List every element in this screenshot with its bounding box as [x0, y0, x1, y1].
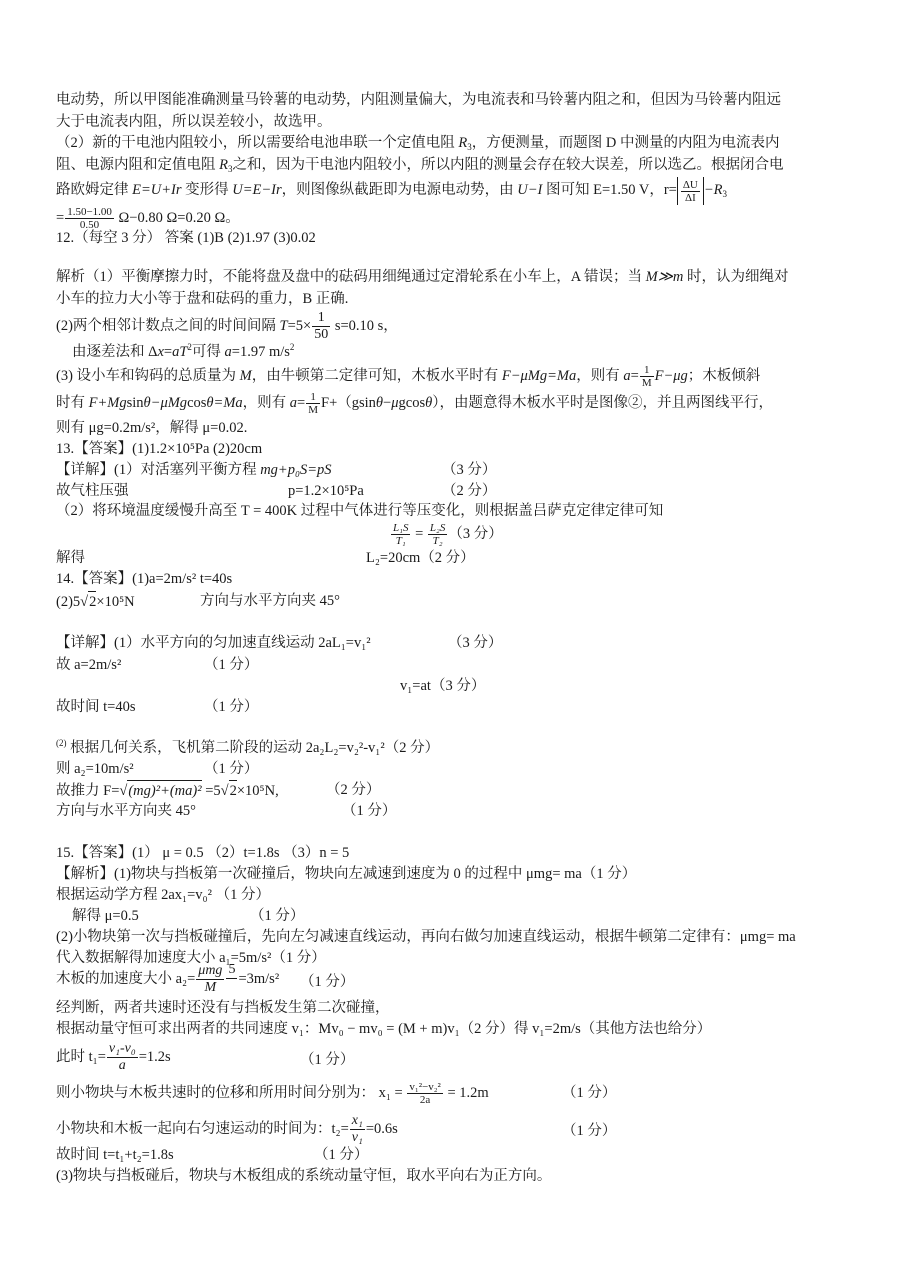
denominator: a — [107, 1058, 138, 1074]
s15-l13: (3)物块与挡板碰后，物块与木板组成的系统动量守恒，取水平向右为正方向。 — [56, 1166, 551, 1186]
text: 可得 — [192, 344, 225, 360]
sqrt-radicand: 2 — [229, 780, 237, 801]
text: ，则有 — [243, 395, 290, 411]
equation: F+Mg — [89, 395, 127, 411]
s14-detail7-score: （2 分） — [326, 780, 380, 800]
fraction: v₁²−v₂²2a — [407, 1081, 442, 1106]
s13-solve-eq: L₂=20cm（2 分） — [366, 548, 475, 568]
s11-line1: 电动势，所以甲图能准确测量马铃薯的电动势，内阻测量偏大，为电流表和马铃薯内阻之和… — [56, 90, 781, 110]
text: 时有 — [56, 395, 89, 411]
equation: E=U+Ir — [132, 182, 181, 198]
text: ×10⁵N — [96, 594, 134, 610]
numerator: ΔU — [681, 179, 700, 192]
s13-detail2-eq: p=1.2×10⁵Pa — [288, 481, 364, 501]
fraction: v₁-v₀a — [107, 1041, 138, 1074]
s15-l1: 【解析】(1)物块与挡板第一次碰撞后，物块向左减速到速度为 0 的过程中 μmg… — [56, 864, 636, 884]
s12-header: 12.（每空 3 分） 答案 (1)B (2)1.97 (3)0.02 — [56, 228, 316, 248]
text: 变形得 — [182, 182, 233, 198]
s14-answer2: (2)5√2×10⁵N — [56, 591, 135, 612]
text: =1.2s — [139, 1049, 171, 1065]
text: （2）新的干电池内阻较小，所以需要给电池串联一个定值电阻 — [56, 135, 458, 151]
equation: U−I — [517, 182, 542, 198]
fraction: x₁v₁ — [350, 1113, 365, 1146]
s12-p2: (2)两个相邻计数点之间的时间间隔 T=5×150 s=0.10 s， — [56, 310, 398, 343]
numerator: v₁²−v₂² — [407, 1081, 442, 1094]
part-marker: (2) — [56, 738, 67, 748]
s12-p4-line3: 则有 μg=0.2m/s²，解得 μ=0.02. — [56, 418, 247, 438]
text: 之和，因为干电池内阻较小，所以内阻的测量会存在较大误差，所以选乙。根据闭合电 — [232, 157, 783, 173]
numerator: 1 — [312, 310, 330, 327]
equation: −μMg — [151, 395, 187, 411]
text: = — [56, 210, 64, 226]
text: 木板的加速度大小 a₂= — [56, 971, 195, 987]
fraction: 1M — [306, 391, 320, 416]
s14-detail3: v₁=at（3 分） — [400, 676, 485, 696]
fraction: 150 — [312, 310, 330, 343]
s15-l9: 此时 t₁=v₁-v₀a=1.2s — [56, 1040, 171, 1074]
text: =0.6s — [366, 1121, 398, 1137]
numerator: L₂S — [428, 522, 447, 535]
s13-gay-lussac-eq: L₁ST₁ = L₂ST₂（3 分） — [390, 519, 503, 549]
s15-l11: 小物块和木板一起向右匀速运动的时间为：t₂=x₁v₁=0.6s — [56, 1112, 398, 1146]
s15-l10-score: （1 分） — [562, 1083, 616, 1103]
numerator: v₁-v₀ — [107, 1041, 138, 1058]
s13-detail1: 【详解】(1）对活塞列平衡方程 mg+p₀S=pS — [56, 460, 332, 480]
equation: −R — [704, 182, 723, 198]
text: ，方便测量，而题图 D 中测量的内阻为电流表内 — [472, 135, 780, 151]
s14-detail4-score: （1 分） — [204, 697, 258, 717]
text: Ω−0.80 Ω=0.20 Ω。 — [115, 210, 240, 226]
text: ），由题意得木板水平时是图像②，并且两图线平行， — [432, 395, 773, 411]
denominator: M — [196, 980, 224, 996]
text: ；木板倾斜 — [688, 368, 761, 384]
s15-l7: 经判断，两者共速时还没有与挡板发生第二次碰撞， — [56, 998, 390, 1018]
score: （3 分） — [448, 526, 502, 542]
equation: M≫m — [646, 269, 684, 285]
denominator: M — [306, 404, 320, 416]
s12-p3: 由逐差法和 Δx=aT2可得 a=1.97 m/s2 — [72, 342, 294, 362]
s14-answer1: 14.【答案】(1)a=2m/s² t=40s — [56, 569, 232, 589]
denominator: M — [640, 377, 654, 389]
numerator: 1.50−1.00 — [65, 206, 114, 219]
s13-detail3: （2）将环境温度缓慢升高至 T = 400K 过程中气体进行等压变化，则根据盖吕… — [56, 501, 663, 521]
numerator: 1 — [306, 391, 320, 404]
s11-line5: 路欧姆定律 E=U+Ir 变形得 U=E−Ir，则图像纵截距即为电源电动势，由 … — [56, 176, 727, 205]
text: sin — [127, 395, 144, 411]
s14-answer2-direction: 方向与水平方向夹 45° — [200, 591, 340, 611]
equation: T — [280, 318, 288, 334]
text: 解析（1）平衡摩擦力时，不能将盘及盘中的砝码用细绳通过定滑轮系在小车上，A 错误… — [56, 269, 646, 285]
numerator: x₁ — [350, 1113, 365, 1130]
text: 由逐差法和 Δ — [72, 344, 157, 360]
text: =5× — [288, 318, 312, 334]
s14-detail8-score: （1 分） — [342, 801, 396, 821]
text: ，由牛顿第二定律可知，木板水平时有 — [252, 368, 502, 384]
s15-l9-score: （1 分） — [300, 1050, 354, 1070]
s14-detail8: 方向与水平方向夹 45° — [56, 801, 196, 821]
s15-l11-score: （1 分） — [562, 1121, 616, 1141]
subscript: 3 — [723, 189, 728, 199]
text: 根据几何关系，飞机第二阶段的运动 2a₂L₂=v₂²-v₁²（2 分） — [67, 740, 440, 756]
denominator: 2a — [407, 1094, 442, 1106]
s14-detail2-score: （1 分） — [204, 655, 258, 675]
text: = — [164, 344, 172, 360]
s15-l6: 木板的加速度大小 a₂=μmgM5=3m/s² — [56, 962, 279, 996]
text: 时，认为细绳对 — [683, 269, 788, 285]
text: 阻、电源内阻和定值电阻 — [56, 157, 219, 173]
text: 【详解】(1）对活塞列平衡方程 — [56, 462, 260, 478]
numerator: μmg — [196, 963, 224, 980]
s14-detail2: 故 a=2m/s² — [56, 655, 121, 675]
s13-answer: 13.【答案】(1)1.2×10⁵Pa (2)20cm — [56, 439, 262, 459]
s14-detail1: 【详解】(1）水平方向的匀加速直线运动 2aL₁=v₁² — [56, 633, 371, 653]
text: 路欧姆定律 — [56, 182, 132, 198]
equation: E=1.50 V，r= — [593, 182, 677, 198]
s11-line4: 阻、电源内阻和定值电阻 R3之和，因为干电池内阻较小，所以内阻的测量会存在较大误… — [56, 155, 783, 175]
equation: F−μg — [655, 368, 688, 384]
text: = 1.2m — [444, 1085, 489, 1101]
s14-detail6: 则 a₂=10m/s² — [56, 759, 134, 779]
text: 则小物块与木板共速时的位移和所用时间分别为： x₁ = — [56, 1085, 406, 1101]
fraction: μmgM — [196, 963, 224, 996]
text: ，则图像纵截距即为电源电动势，由 — [282, 182, 518, 198]
text: =3m/s² — [238, 971, 279, 987]
s15-answer: 15.【答案】(1） μ = 0.5 （2）t=1.8s （3）n = 5 — [56, 843, 349, 863]
fraction: 1M — [640, 364, 654, 389]
numerator: 1 — [640, 364, 654, 377]
denominator: T₁ — [391, 535, 410, 547]
numerator: L₁S — [391, 522, 410, 535]
s12-p1-line2: 小车的拉力大小等于盘和砝码的重力，B 正确. — [56, 289, 348, 309]
fraction: L₂ST₂ — [428, 522, 447, 547]
s13-detail2-score: （2 分） — [442, 481, 496, 501]
s12-p4-line2: 时有 F+Mgsinθ−μMgcosθ=Ma，则有 a=1MF+（gsinθ−μ… — [56, 391, 773, 416]
text: 故推力 F= — [56, 783, 119, 799]
text: =5 — [202, 783, 221, 799]
text: (3) 设小车和钩码的总质量为 — [56, 368, 240, 384]
s13-detail2-label: 故气柱压强 — [56, 481, 129, 501]
s15-l2: 根据运动学方程 2ax₁=v₀² （1 分） — [56, 885, 270, 905]
s14-detail6-score: （1 分） — [204, 759, 258, 779]
s15-l3: 解得 μ=0.5 — [72, 906, 139, 926]
s14-detail4: 故时间 t=40s — [56, 697, 135, 717]
equation: mg+p₀S=pS — [260, 462, 331, 478]
s11-line2: 大于电流表内阻，所以误差较小，故选甲。 — [56, 112, 332, 132]
s15-l6-score: （1 分） — [300, 972, 354, 992]
s15-l8: 根据动量守恒可求出两者的共同速度 v₁：Mv₀ − mv₀ = (M + m)v… — [56, 1019, 711, 1039]
text: ×10⁵N, — [237, 783, 279, 799]
text: 图可知 — [542, 182, 593, 198]
s14-detail7: 故推力 F=√(mg)²+(ma)² =5√2×10⁵N, — [56, 780, 279, 801]
s15-l4: (2)小物块第一次与挡板碰撞后，先向左匀减速直线运动，再向右做匀加速直线运动，根… — [56, 927, 796, 947]
s15-l12: 故时间 t=t₁+t₂=1.8s — [56, 1145, 174, 1165]
s15-l3-score: （1 分） — [250, 906, 304, 926]
denominator: 50 — [312, 327, 330, 343]
equation: U=E−Ir — [232, 182, 281, 198]
denominator: ΔI — [681, 192, 700, 204]
numerator: 5 — [226, 962, 237, 979]
text: cos — [187, 395, 206, 411]
s13-detail1-score: （3 分） — [442, 460, 496, 480]
text: =1.97 m/s — [232, 344, 290, 360]
s14-detail1-score: （3 分） — [448, 633, 502, 653]
s11-line3: （2）新的干电池内阻较小，所以需要给电池串联一个定值电阻 R3，方便测量，而题图… — [56, 133, 779, 153]
text: (2)5 — [56, 594, 80, 610]
absolute-value: ΔUΔI — [677, 177, 704, 205]
fraction-stub: 5 — [226, 962, 237, 979]
fraction: ΔUΔI — [681, 179, 700, 204]
s12-p1-line1: 解析（1）平衡摩擦力时，不能将盘及盘中的砝码用细绳通过定滑轮系在小车上，A 错误… — [56, 267, 789, 287]
denominator: v₁ — [350, 1130, 365, 1146]
text: F+（g — [321, 395, 359, 411]
denominator: T₂ — [428, 535, 447, 547]
sqrt-radicand: (mg)²+(ma)² — [127, 780, 201, 801]
text: 此时 t₁= — [56, 1049, 106, 1065]
s15-l10: 则小物块与木板共速时的位移和所用时间分别为： x₁ = v₁²−v₂²2a = … — [56, 1080, 489, 1106]
fraction: L₁ST₁ — [391, 522, 410, 547]
text: (2)两个相邻计数点之间的时间间隔 — [56, 318, 280, 334]
s13-solve-label: 解得 — [56, 548, 85, 568]
equation: =Ma — [214, 395, 243, 411]
equation: F−μMg=Ma — [502, 368, 576, 384]
text: ，则有 — [576, 368, 623, 384]
s15-l12-score: （1 分） — [314, 1145, 368, 1165]
text: 小物块和木板一起向右匀速运动的时间为：t₂= — [56, 1121, 349, 1137]
text: s=0.10 s， — [331, 318, 398, 334]
s14-detail5: (2) 根据几何关系，飞机第二阶段的运动 2a₂L₂=v₂²-v₁²（2 分） — [56, 738, 439, 758]
s12-p4-line1: (3) 设小车和钩码的总质量为 M，由牛顿第二定律可知，木板水平时有 F−μMg… — [56, 364, 760, 389]
